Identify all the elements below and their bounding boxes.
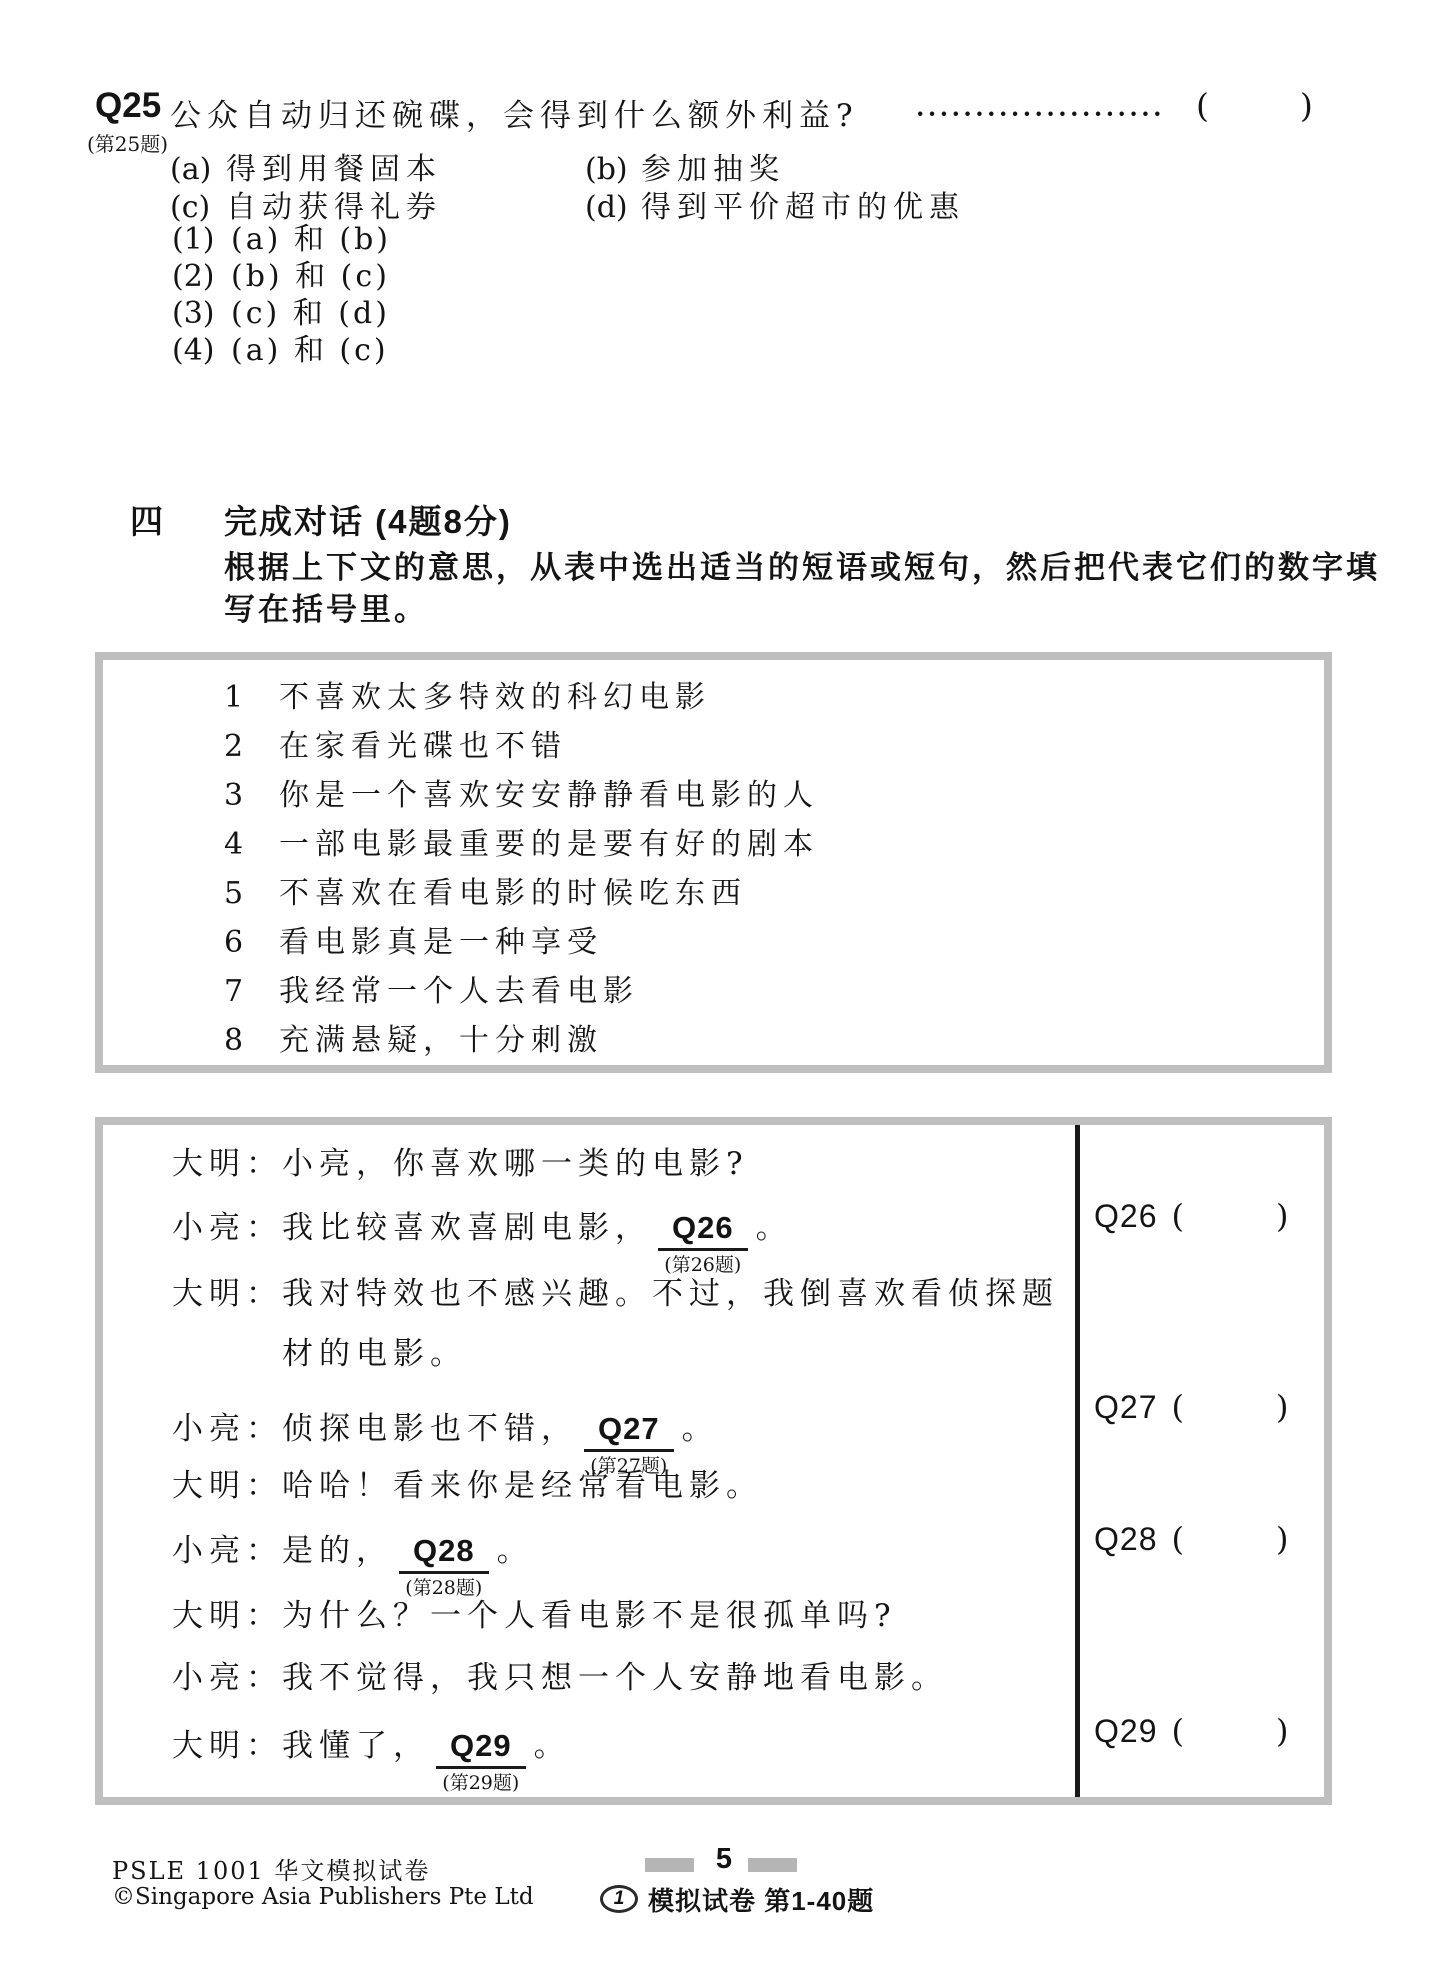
q25-answer-paren-close: ) — [1300, 86, 1313, 125]
dialogue-text: 我不觉得，我只想一个人安静地看电影。 — [282, 1660, 948, 1696]
dialogue-text: 我懂了， — [282, 1728, 430, 1764]
phrase-text: 你是一个喜欢安安静静看电影的人 — [279, 778, 819, 813]
q25-sublabel: (第25题) — [87, 128, 168, 157]
answer-paren-open: ( — [1171, 1388, 1183, 1426]
phrase-text: 我经常一个人去看电影 — [279, 974, 639, 1009]
phrase-number: 4 — [224, 820, 279, 869]
instruction-line: 写在括号里。 — [224, 589, 1380, 631]
q25-choices: (1)(a) 和 (b) (2)(b) 和 (c) (3)(c) 和 (d) (… — [172, 214, 391, 362]
phrase-number: 1 — [224, 673, 279, 722]
choice-3: (3)(c) 和 (d) — [172, 288, 391, 325]
dialogue-text: 。 — [497, 1533, 534, 1569]
answer-slot-q28: Q28() — [1094, 1520, 1288, 1558]
blank-q29: Q29(第29题) — [436, 1728, 526, 1769]
phrase-text: 在家看光碟也不错 — [279, 729, 567, 764]
phrase-item: 5不喜欢在看电影的时候吃东西 — [103, 869, 1324, 918]
phrase-number: 7 — [224, 967, 279, 1016]
blank-label: Q28 — [413, 1533, 475, 1568]
answer-paren-open: ( — [1171, 1520, 1183, 1558]
phrase-text: 看电影真是一种享受 — [279, 925, 603, 960]
phrase-selection-box: 1不喜欢太多特效的科幻电影 2在家看光碟也不错 3你是一个喜欢安安静静看电影的人… — [95, 652, 1332, 1073]
phrase-item: 4一部电影最重要的是要有好的剧本 — [103, 820, 1324, 869]
phrase-item: 6看电影真是一种享受 — [103, 918, 1324, 967]
booklet-info: 1 模拟试卷 第1-40题 — [600, 1882, 874, 1916]
answer-paren-close: ) — [1276, 1712, 1288, 1750]
dialogue-text: 哈哈！看来你是经常看电影。 — [282, 1468, 763, 1504]
phrase-text: 不喜欢在看电影的时候吃东西 — [279, 876, 747, 911]
instruction-line: 根据上下文的意思，从表中选出适当的短语或短句，然后把代表它们的数字填 — [224, 547, 1380, 589]
dialogue-line: 小亮：我比较喜欢喜剧电影，Q26(第26题)。 — [172, 1202, 793, 1251]
choice-1: (1)(a) 和 (b) — [172, 214, 391, 251]
option-text: 得到平价超市的优惠 — [641, 190, 965, 225]
choice-4: (4)(a) 和 (c) — [172, 325, 391, 362]
option-row: (a)得到用餐固本 (b)参加抽奖 — [170, 144, 1290, 182]
answer-slot-q29: Q29() — [1094, 1712, 1288, 1750]
speaker-name: 大明： — [172, 1590, 282, 1635]
dialogue-text: 材的电影。 — [282, 1336, 467, 1372]
dotted-leader: ····················· — [916, 99, 1165, 128]
q25-question-text: 公众自动归还碗碟，会得到什么额外利益? — [170, 90, 859, 135]
option-key: (d) — [585, 190, 641, 225]
q25-options: (a)得到用餐固本 (b)参加抽奖 (c)自动获得礼券 (d)得到平价超市的优惠 — [170, 144, 1290, 220]
dialogue-line: 大明：哈哈！看来你是经常看电影。 — [172, 1460, 763, 1505]
speaker-name: 小亮： — [172, 1525, 282, 1570]
answer-slot-q26: Q26() — [1094, 1197, 1288, 1235]
answer-paren-close: ) — [1276, 1388, 1288, 1426]
phrase-item: 8充满悬疑，十分刺激 — [103, 1016, 1324, 1065]
q25-answer-paren-open: ( — [1196, 86, 1209, 125]
section-title: 完成对话 (4题8分) — [224, 496, 512, 543]
phrase-item: 1不喜欢太多特效的科幻电影 — [103, 673, 1324, 722]
footer-series-title: PSLE 1001 华文模拟试卷 — [112, 1851, 430, 1886]
dialogue-line: 材的电影。 — [172, 1328, 467, 1373]
answer-paren-open: ( — [1171, 1712, 1183, 1750]
phrase-text: 充满悬疑，十分刺激 — [279, 1023, 603, 1058]
booklet-label: 模拟试卷 第1-40题 — [648, 1881, 874, 1918]
answer-paren-open: ( — [1171, 1197, 1183, 1235]
blank-q28: Q28(第28题) — [399, 1533, 489, 1574]
dialogue-line: 小亮：是的，Q28(第28题)。 — [172, 1525, 534, 1574]
dialogue-line: 大明：我懂了，Q29(第29题)。 — [172, 1720, 571, 1769]
dialogue-line: 小亮：我不觉得，我只想一个人安静地看电影。 — [172, 1652, 948, 1697]
phrase-text: 一部电影最重要的是要有好的剧本 — [279, 827, 819, 862]
speaker-name: 大明： — [172, 1138, 282, 1183]
dialogue-text: 我比较喜欢喜剧电影， — [282, 1210, 652, 1246]
answer-paren-close: ) — [1276, 1197, 1288, 1235]
dialogue-text: 。 — [682, 1411, 719, 1447]
dialogue-line: 小亮：侦探电影也不错，Q27(第27题)。 — [172, 1403, 719, 1452]
phrase-number: 6 — [224, 918, 279, 967]
section-instructions: 根据上下文的意思，从表中选出适当的短语或短句，然后把代表它们的数字填 写在括号里… — [224, 547, 1380, 631]
choice-key: (4) — [172, 333, 231, 368]
answer-label: Q26 — [1094, 1198, 1157, 1234]
speaker-name: 小亮： — [172, 1202, 282, 1247]
dialogue-box: 大明：小亮，你喜欢哪一类的电影? 小亮：我比较喜欢喜剧电影，Q26(第26题)。… — [95, 1117, 1332, 1805]
phrase-number: 5 — [224, 869, 279, 918]
blank-note: (第29题) — [442, 1768, 519, 1795]
section-number: 四 — [130, 496, 163, 543]
dialogue-text: 为什么？一个人看电影不是很孤单吗? — [282, 1598, 897, 1634]
speaker-name: 小亮： — [172, 1403, 282, 1448]
dialogue-text: 。 — [756, 1210, 793, 1246]
phrase-number: 2 — [224, 722, 279, 771]
booklet-number-badge: 1 — [600, 1885, 638, 1913]
blank-label: Q27 — [598, 1411, 660, 1446]
q25-label: Q25 — [95, 86, 161, 126]
choice-text: (a) 和 (c) — [231, 333, 389, 368]
exam-page: Q25 (第25题) 公众自动归还碗碟，会得到什么额外利益? ·········… — [0, 0, 1445, 1974]
page-number: 5 — [692, 1843, 756, 1876]
dialogue-text: 我对特效也不感兴趣。不过，我倒喜欢看侦探题 — [282, 1276, 1059, 1312]
page-number-bar-left — [645, 1858, 694, 1872]
dialogue-line: 大明：我对特效也不感兴趣。不过，我倒喜欢看侦探题 — [172, 1268, 1059, 1313]
phrase-item: 3你是一个喜欢安安静静看电影的人 — [103, 771, 1324, 820]
phrase-list: 1不喜欢太多特效的科幻电影 2在家看光碟也不错 3你是一个喜欢安安静静看电影的人… — [103, 660, 1324, 1065]
phrase-number: 8 — [224, 1016, 279, 1065]
option-d: (d)得到平价超市的优惠 — [585, 182, 965, 226]
phrase-number: 3 — [224, 771, 279, 820]
answer-slot-q27: Q27() — [1094, 1388, 1288, 1426]
speaker-name: 大明： — [172, 1460, 282, 1505]
dialogue-text: 。 — [534, 1728, 571, 1764]
blank-q27: Q27(第27题) — [584, 1411, 674, 1452]
footer-copyright: ©Singapore Asia Publishers Pte Ltd — [112, 1884, 534, 1910]
speaker-name: 大明： — [172, 1268, 282, 1313]
blank-label: Q26 — [672, 1210, 734, 1245]
dialogue-divider — [1075, 1125, 1080, 1797]
dialogue-line: 大明：小亮，你喜欢哪一类的电影? — [172, 1138, 749, 1183]
dialogue-text: 侦探电影也不错， — [282, 1411, 578, 1447]
answer-label: Q29 — [1094, 1713, 1157, 1749]
dialogue-text: 小亮，你喜欢哪一类的电影? — [282, 1146, 749, 1182]
blank-q26: Q26(第26题) — [658, 1210, 748, 1251]
blank-label: Q29 — [450, 1728, 512, 1763]
phrase-item: 2在家看光碟也不错 — [103, 722, 1324, 771]
speaker-name: 小亮： — [172, 1652, 282, 1697]
dialogue-text: 是的， — [282, 1533, 393, 1569]
speaker-name: 大明： — [172, 1720, 282, 1765]
answer-label: Q27 — [1094, 1389, 1157, 1425]
choice-2: (2)(b) 和 (c) — [172, 251, 391, 288]
answer-paren-close: ) — [1276, 1520, 1288, 1558]
page-number-bar-right — [748, 1858, 797, 1872]
phrase-text: 不喜欢太多特效的科幻电影 — [279, 680, 711, 715]
phrase-item: 7我经常一个人去看电影 — [103, 967, 1324, 1016]
answer-label: Q28 — [1094, 1521, 1157, 1557]
dialogue-line: 大明：为什么？一个人看电影不是很孤单吗? — [172, 1590, 897, 1635]
dialogue-inner: 大明：小亮，你喜欢哪一类的电影? 小亮：我比较喜欢喜剧电影，Q26(第26题)。… — [103, 1125, 1324, 1797]
